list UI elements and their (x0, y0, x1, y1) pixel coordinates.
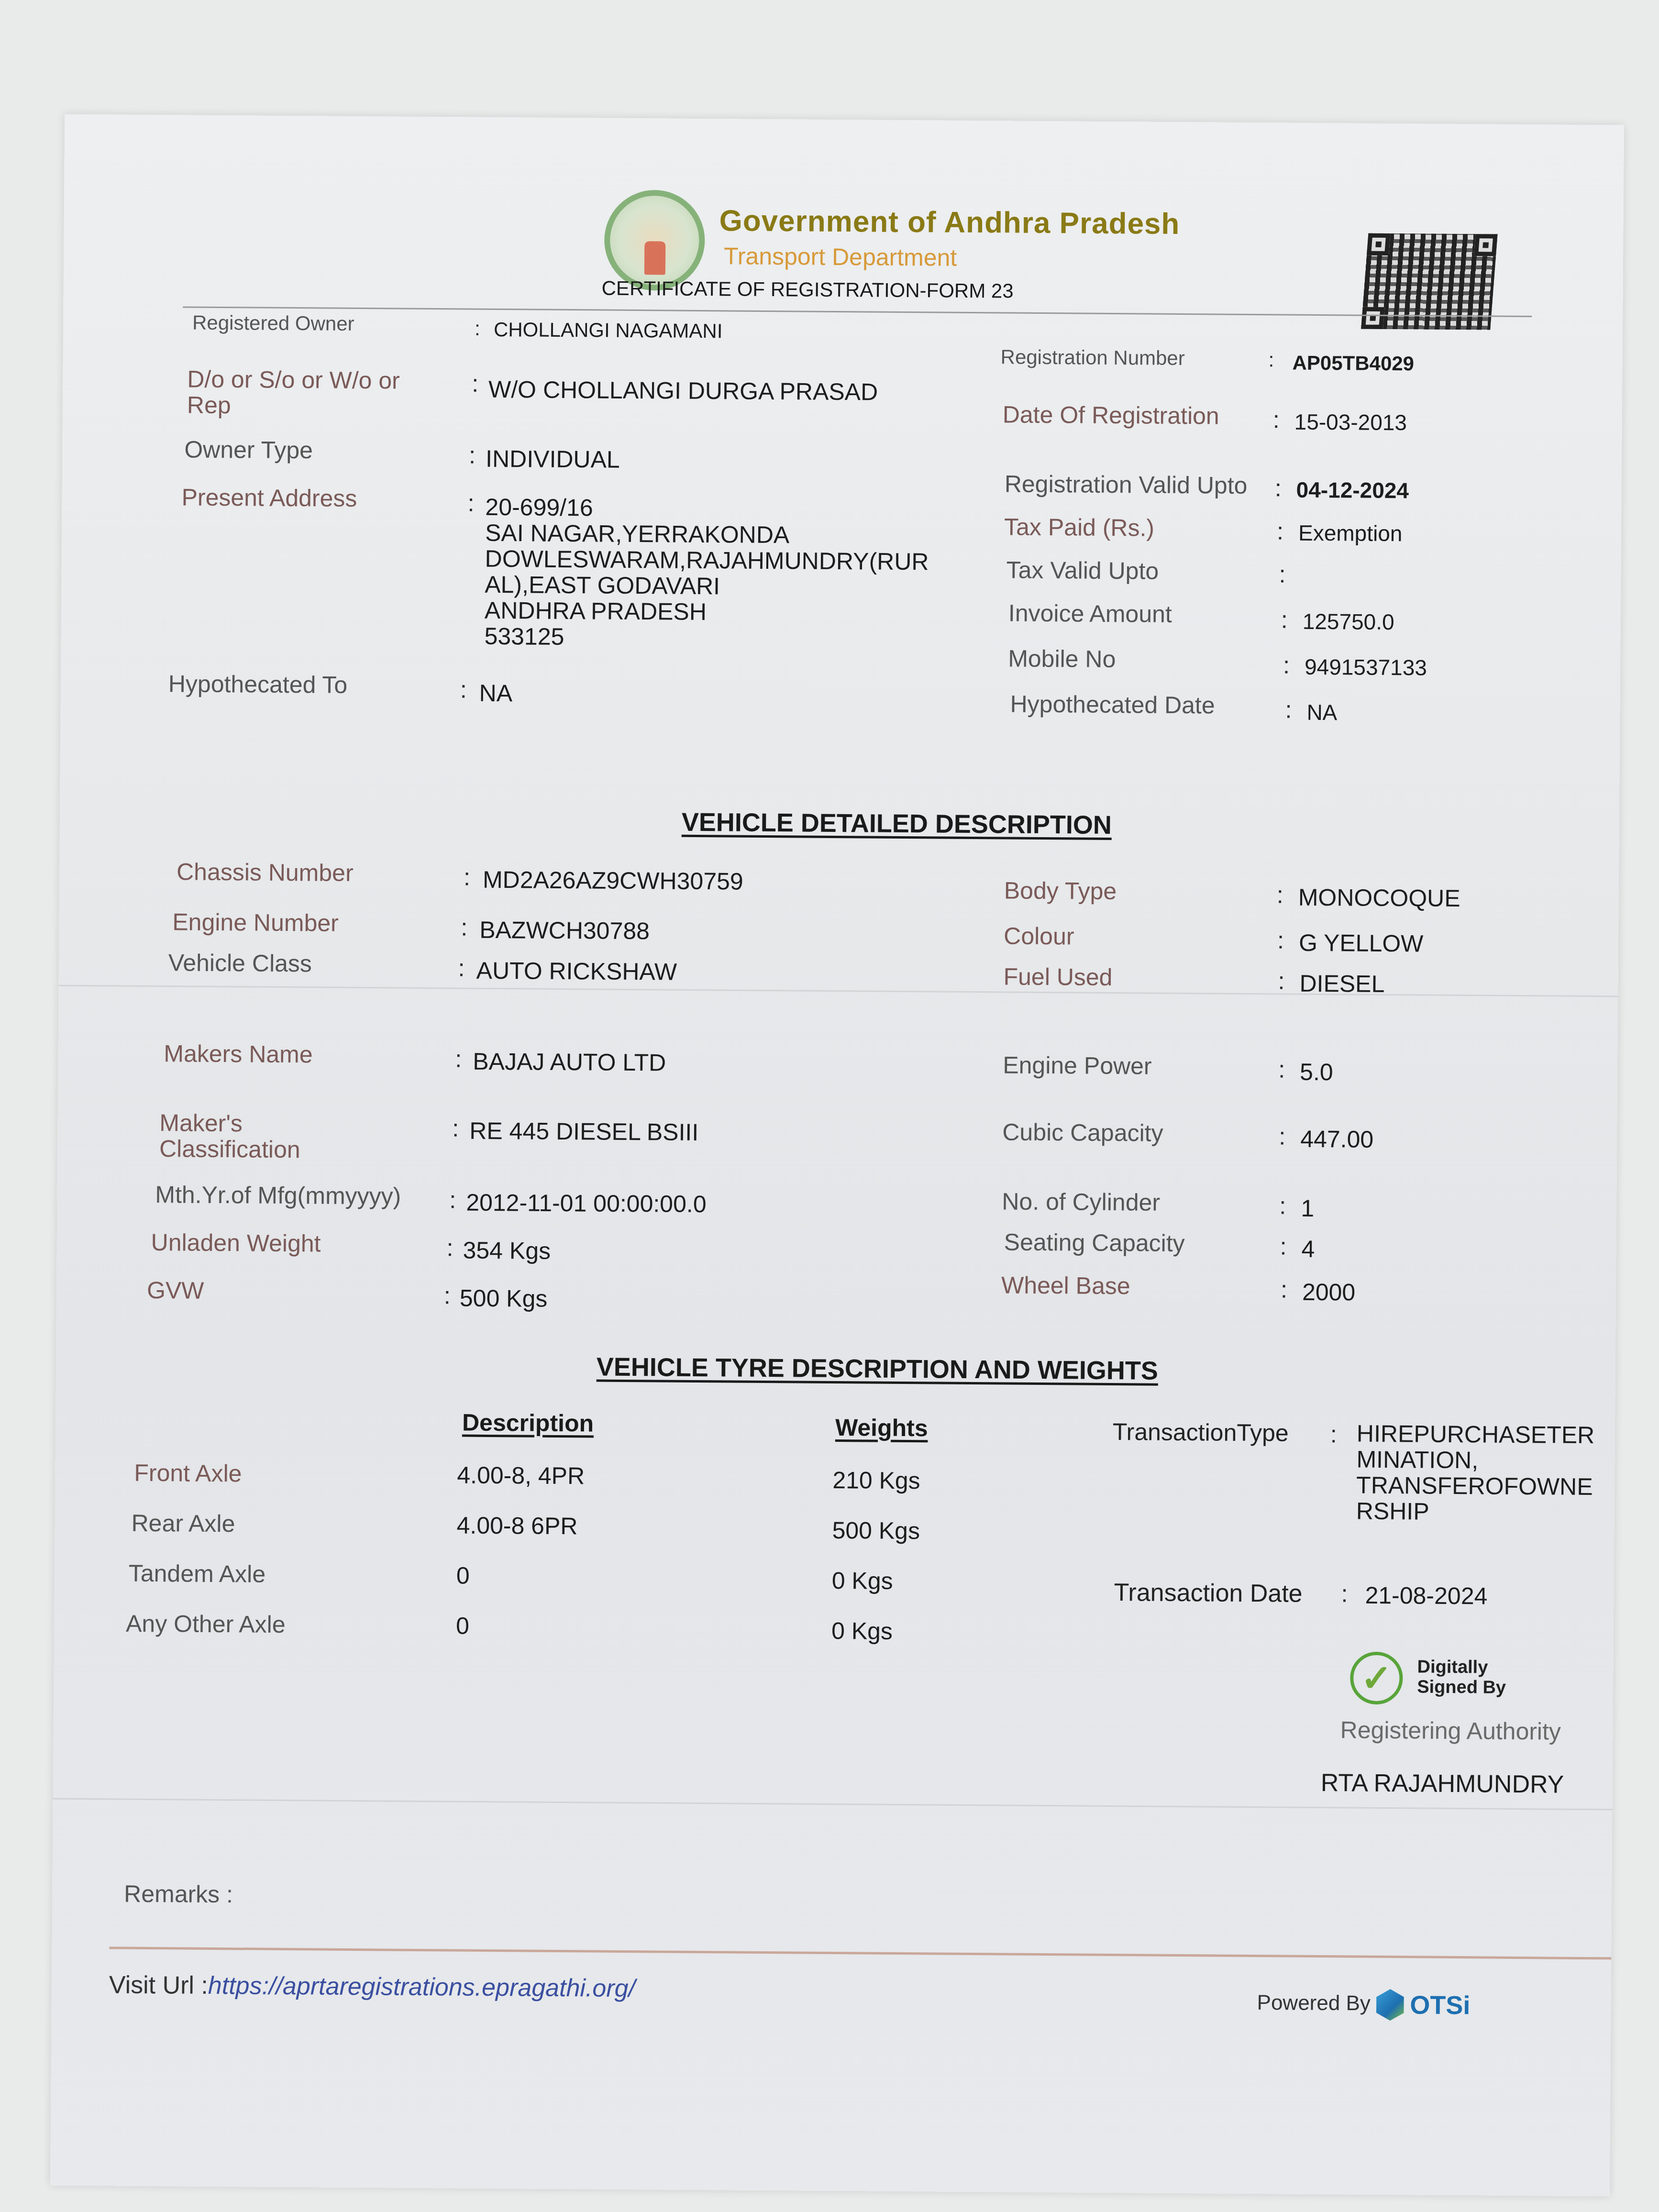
transaction-date-label: Transaction Date (1114, 1578, 1302, 1608)
vehicle-field-label: Seating Capacity (1004, 1228, 1185, 1257)
colon: : (1280, 1232, 1286, 1260)
colon: : (475, 317, 480, 340)
colon: : (1285, 696, 1292, 724)
mobile-no-label: Mobile No (1008, 644, 1116, 673)
colon: : (458, 954, 465, 982)
axle-label: Front Axle (134, 1459, 242, 1488)
colon: : (1278, 967, 1284, 995)
vehicle-field-value: RE 445 DIESEL BSIII (469, 1117, 698, 1146)
vehicle-field-value: 1 (1301, 1194, 1314, 1222)
colon: : (1277, 517, 1283, 545)
colon: : (1279, 1192, 1286, 1219)
vehicle-field-value: MONOCOQUE (1298, 884, 1460, 912)
vehicle-field-label: No. of Cylinder (1002, 1187, 1160, 1216)
registration-valid-upto-value: 04-12-2024 (1296, 477, 1409, 504)
header-divider (183, 306, 1532, 317)
digital-signature-check-icon: ✓ (1350, 1652, 1403, 1705)
visit-url-row: Visit Url :https://aprtaregistrations.ep… (109, 1970, 636, 2003)
tyre-description-header: Description (462, 1409, 594, 1438)
vehicle-field-value: MD2A26AZ9CWH30759 (483, 866, 743, 896)
ap-state-emblem-icon (604, 190, 705, 291)
mobile-no-value: 9491537133 (1305, 654, 1427, 681)
footer-divider (109, 1947, 1611, 1959)
rta-office-text: RTA RAJAHMUNDRY (1321, 1769, 1564, 1799)
axle-weight: 210 Kgs (832, 1466, 920, 1494)
colon: : (1283, 651, 1290, 679)
vehicle-field-value: 5.0 (1300, 1058, 1333, 1086)
registration-number-label: Registration Number (1000, 345, 1184, 370)
registered-owner-label: Registered Owner (192, 311, 354, 335)
colon: : (472, 370, 478, 398)
axle-weight: 500 Kgs (832, 1516, 920, 1545)
axle-label: Rear Axle (131, 1509, 235, 1538)
colon: : (1281, 1275, 1287, 1303)
vehicle-field-label: Engine Power (1003, 1051, 1152, 1080)
vehicle-field-value: 2000 (1302, 1278, 1356, 1306)
vehicle-field-label: GVW (147, 1277, 204, 1304)
colon: : (1277, 881, 1283, 908)
qr-finder (1361, 307, 1385, 329)
otsi-logo-icon (1376, 1989, 1404, 2021)
vehicle-field-value: 500 Kgs (460, 1284, 548, 1312)
axle-weight: 0 Kgs (832, 1567, 893, 1595)
vehicle-field-value: 2012-11-01 00:00:00.0 (466, 1189, 707, 1218)
tyre-table: Front Axle4.00-8, 4PR210 KgsRear Axle4.0… (65, 114, 1624, 125)
vehicle-section-title: VEHICLE DETAILED DESCRIPTION (682, 807, 1112, 840)
colon: : (444, 1282, 451, 1309)
tax-paid-label: Tax Paid (Rs.) (1004, 513, 1154, 542)
present-address-value: 20-699/16 SAI NAGAR,YERRAKONDA DOWLESWAR… (484, 494, 929, 652)
vehicle-field-label: Maker's Classification (159, 1110, 300, 1162)
colon: : (460, 675, 467, 703)
owner-type-value: INDIVIDUAL (486, 445, 620, 474)
vehicle-field-label: Vehicle Class (168, 950, 312, 976)
present-address-label: Present Address (181, 483, 357, 512)
visit-url-label: Visit Url : (109, 1971, 208, 1999)
vehicle-field-value: G YELLOW (1299, 929, 1424, 958)
registration-valid-upto-label: Registration Valid Upto (1005, 470, 1248, 499)
vehicle-field-label: Makers Name (164, 1040, 313, 1067)
dept-title: Transport Department (724, 242, 957, 271)
colon: : (455, 1045, 462, 1073)
vehicle-field-value: BAJAJ AUTO LTD (473, 1048, 666, 1077)
colon: : (1279, 1122, 1285, 1150)
colon: : (449, 1186, 456, 1214)
colon: : (1330, 1420, 1337, 1448)
date-of-registration-label: Date Of Registration (1003, 400, 1219, 430)
vehicle-field-value: 447.00 (1300, 1125, 1373, 1153)
relation-value: W/O CHOLLANGI DURGA PRASAD (488, 376, 878, 406)
gov-title: Government of Andhra Pradesh (719, 204, 1180, 241)
vehicle-field-value: 4 (1301, 1235, 1315, 1263)
vehicle-field-value: BAZWCH30788 (479, 916, 650, 945)
vehicle-field-label: Fuel Used (1003, 962, 1112, 991)
qr-finder (1474, 234, 1498, 256)
relation-label: D/o or S/o or W/o or Rep (187, 366, 400, 419)
vehicle-field-label: Mth.Yr.of Mfg(mmyyyy) (155, 1182, 401, 1209)
hypothecated-date-value: NA (1306, 699, 1337, 725)
tyre-weights-header: Weights (835, 1414, 928, 1442)
registering-authority-text: Registering Authority (1340, 1716, 1561, 1745)
owner-type-label: Owner Type (184, 435, 313, 464)
invoice-amount-value: 125750.0 (1303, 608, 1394, 635)
powered-by-label: Powered By (1257, 1991, 1371, 2015)
tyre-section-title: VEHICLE TYRE DESCRIPTION AND WEIGHTS (597, 1352, 1158, 1385)
vehicle-field-label: Cubic Capacity (1002, 1118, 1163, 1147)
vehicle-field-label: Chassis Number (177, 859, 354, 886)
vehicle-field-label: Wheel Base (1001, 1271, 1130, 1300)
hypothecated-to-label: Hypothecated To (168, 670, 348, 699)
vehicle-left-column: Chassis Number:MD2A26AZ9CWH30759Engine N… (65, 114, 1624, 125)
vehicle-field-label: Engine Number (172, 909, 339, 936)
colon: : (446, 1234, 453, 1261)
registration-number-value: AP05TB4029 (1292, 352, 1414, 376)
colon: : (1277, 926, 1284, 954)
transaction-type-label: TransactionType (1113, 1418, 1289, 1447)
axle-label: Tandem Axle (129, 1559, 266, 1588)
colon: : (1278, 1055, 1285, 1083)
digitally-signed-by-text: Digitally Signed By (1417, 1657, 1506, 1697)
date-of-registration-value: 15-03-2013 (1294, 409, 1407, 436)
colon: : (1273, 406, 1280, 433)
axle-description: 4.00-8, 4PR (457, 1461, 585, 1490)
colon: : (467, 489, 474, 517)
colon: : (1281, 606, 1288, 633)
axle-weight: 0 Kgs (831, 1617, 893, 1645)
vehicle-right-column: Body Type:MONOCOQUEColour:G YELLOWFuel U… (65, 114, 1624, 125)
tax-paid-value: Exemption (1298, 520, 1403, 547)
paper-fold-line (53, 1798, 1613, 1811)
vehicle-field-label: Unladen Weight (151, 1229, 321, 1256)
colon: : (452, 1114, 459, 1142)
colon: : (1341, 1580, 1348, 1607)
remarks-label: Remarks : (124, 1880, 233, 1909)
otsi-brand: OTSi (1410, 1991, 1470, 2020)
registered-owner-value: CHOLLANGI NAGAMANI (494, 318, 723, 343)
colon: : (1268, 348, 1274, 371)
tax-valid-upto-label: Tax Valid Upto (1006, 556, 1159, 585)
vehicle-field-value: AUTO RICKSHAW (476, 957, 677, 986)
invoice-amount-label: Invoice Amount (1008, 599, 1172, 628)
colon: : (1279, 560, 1285, 588)
colon: : (469, 442, 476, 469)
hypothecated-to-value: NA (479, 679, 513, 707)
powered-by-row: Powered By OTSi (1257, 1988, 1470, 2021)
colon: : (1275, 474, 1282, 502)
colon: : (464, 863, 470, 891)
lion-capital-icon (644, 241, 665, 275)
qr-finder (1367, 233, 1391, 255)
axle-description: 0 (456, 1612, 469, 1639)
transaction-date-value: 21-08-2024 (1365, 1582, 1487, 1610)
hypothecated-date-label: Hypothecated Date (1010, 690, 1215, 719)
axle-label: Any Other Axle (126, 1610, 286, 1638)
certificate-title: CERTIFICATE OF REGISTRATION-FORM 23 (601, 277, 1013, 303)
registration-certificate-page: Government of Andhra Pradesh Transport D… (50, 114, 1624, 2197)
transaction-type-value: HIREPURCHASETER MINATION, TRANSFEROFOWNE… (1356, 1421, 1595, 1526)
colon: : (461, 913, 467, 941)
vehicle-field-label: Body Type (1004, 876, 1117, 905)
vehicle-field-value: DIESEL (1299, 970, 1384, 998)
vehicle-field-label: Colour (1004, 922, 1074, 950)
axle-description: 4.00-8 6PR (456, 1511, 577, 1540)
visit-url-link[interactable]: https://aprtaregistrations.epragathi.org… (208, 1972, 636, 2002)
vehicle-field-value: 354 Kgs (463, 1237, 551, 1265)
axle-description: 0 (456, 1561, 470, 1589)
